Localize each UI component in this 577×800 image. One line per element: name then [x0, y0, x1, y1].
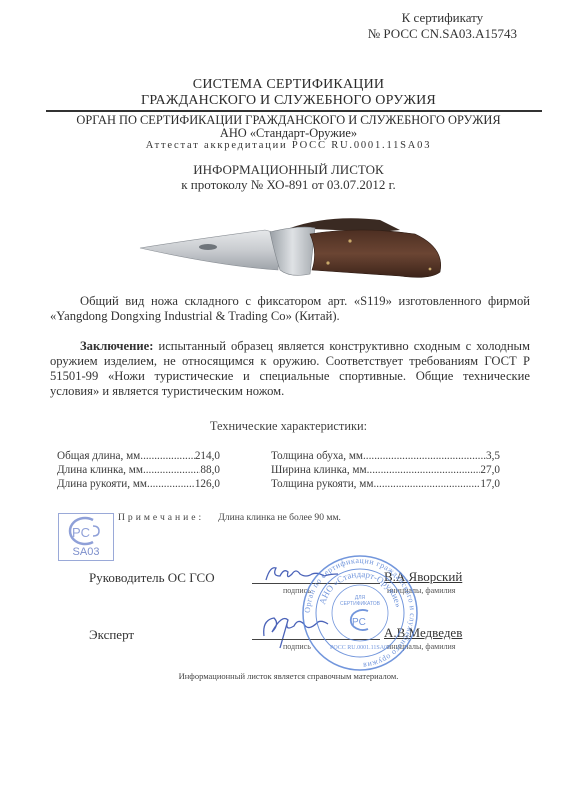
- header-divider: [46, 110, 542, 112]
- system-subtitle: ГРАЖДАНСКОГО И СЛУЖЕБНОГО ОРУЖИЯ: [0, 93, 577, 108]
- spec-row: Толщина рукояти, мм17,0: [271, 478, 500, 492]
- specs-title: Технические характеристики:: [0, 419, 577, 434]
- specs-right-column: Толщина обуха, мм3,5 Ширина клинка, мм27…: [271, 450, 500, 491]
- conformity-mark: PC SA03: [58, 513, 114, 561]
- organization-name: АНО «Стандарт-Оружие»: [0, 126, 577, 140]
- spec-value: 3,5: [486, 450, 500, 464]
- svg-text:PC: PC: [72, 525, 90, 540]
- certificate-number: № РОСС CN.SA03.A15743: [368, 26, 517, 42]
- system-title: СИСТЕМА СЕРТИФИКАЦИИ: [0, 77, 577, 92]
- spec-label: Толщина обуха, мм: [271, 450, 363, 464]
- signature-role-head: Руководитель ОС ГСО: [89, 570, 215, 586]
- product-description: Общий вид ножа складного с фиксатором ар…: [50, 294, 530, 324]
- accreditation-line: Аттестат аккредитации РОСС RU.0001.11SA0…: [0, 140, 577, 151]
- description-text: Общий вид ножа складного с фиксатором ар…: [50, 294, 530, 323]
- spec-row: Длина рукояти, мм126,0: [57, 478, 220, 492]
- spec-label: Общая длина, мм: [57, 450, 140, 464]
- footer-note: Информационный листок является справочны…: [0, 671, 577, 681]
- conclusion-label: Заключение:: [80, 339, 153, 353]
- mark-code: SA03: [59, 546, 113, 558]
- certificate-reference-label: К сертификату: [368, 10, 517, 26]
- note-text: Длина клинка не более 90 мм.: [218, 512, 341, 523]
- note: Примечание:Длина клинка не более 90 мм.: [118, 512, 341, 523]
- signature-role-expert: Эксперт: [89, 627, 134, 643]
- note-label: Примечание:: [118, 512, 204, 523]
- knife-image: [130, 200, 450, 280]
- stamp-bottom-text: РОСС RU.0001.11SA03: [330, 645, 390, 651]
- spec-row: Длина клинка, мм88,0: [57, 464, 220, 478]
- spec-label: Ширина клинка, мм: [271, 464, 367, 478]
- spec-row: Толщина обуха, мм3,5: [271, 450, 500, 464]
- pct-logo-icon: PC: [351, 610, 368, 630]
- spec-row: Ширина клинка, мм27,0: [271, 464, 500, 478]
- organization-stamp: Орган по сертификации гражданского и слу…: [300, 553, 420, 673]
- svg-text:PC: PC: [352, 617, 366, 628]
- conclusion: Заключение: испытанный образец является …: [50, 339, 530, 399]
- spec-label: Длина рукояти, мм: [57, 478, 147, 492]
- spec-value: 214,0: [195, 450, 220, 464]
- spec-label: Длина клинка, мм: [57, 464, 143, 478]
- info-sheet-title: ИНФОРМАЦИОННЫЙ ЛИСТОК: [0, 162, 577, 178]
- certificate-reference: К сертификату № РОСС CN.SA03.A15743: [368, 10, 517, 42]
- specs-left-column: Общая длина, мм214,0 Длина клинка, мм88,…: [57, 450, 220, 491]
- certification-body: ОРГАН ПО СЕРТИФИКАЦИИ ГРАЖДАНСКОГО И СЛУ…: [0, 113, 577, 127]
- spec-value: 17,0: [480, 478, 500, 492]
- spec-value: 27,0: [480, 464, 500, 478]
- spec-value: 126,0: [195, 478, 220, 492]
- protocol-reference: к протоколу № ХО-891 от 03.07.2012 г.: [0, 177, 577, 193]
- spec-row: Общая длина, мм214,0: [57, 450, 220, 464]
- pct-logo-icon: PC: [59, 514, 113, 548]
- stamp-center-line2: СЕРТИФИКАТОВ: [340, 601, 381, 607]
- spec-value: 88,0: [200, 464, 220, 478]
- spec-label: Толщина рукояти, мм: [271, 478, 373, 492]
